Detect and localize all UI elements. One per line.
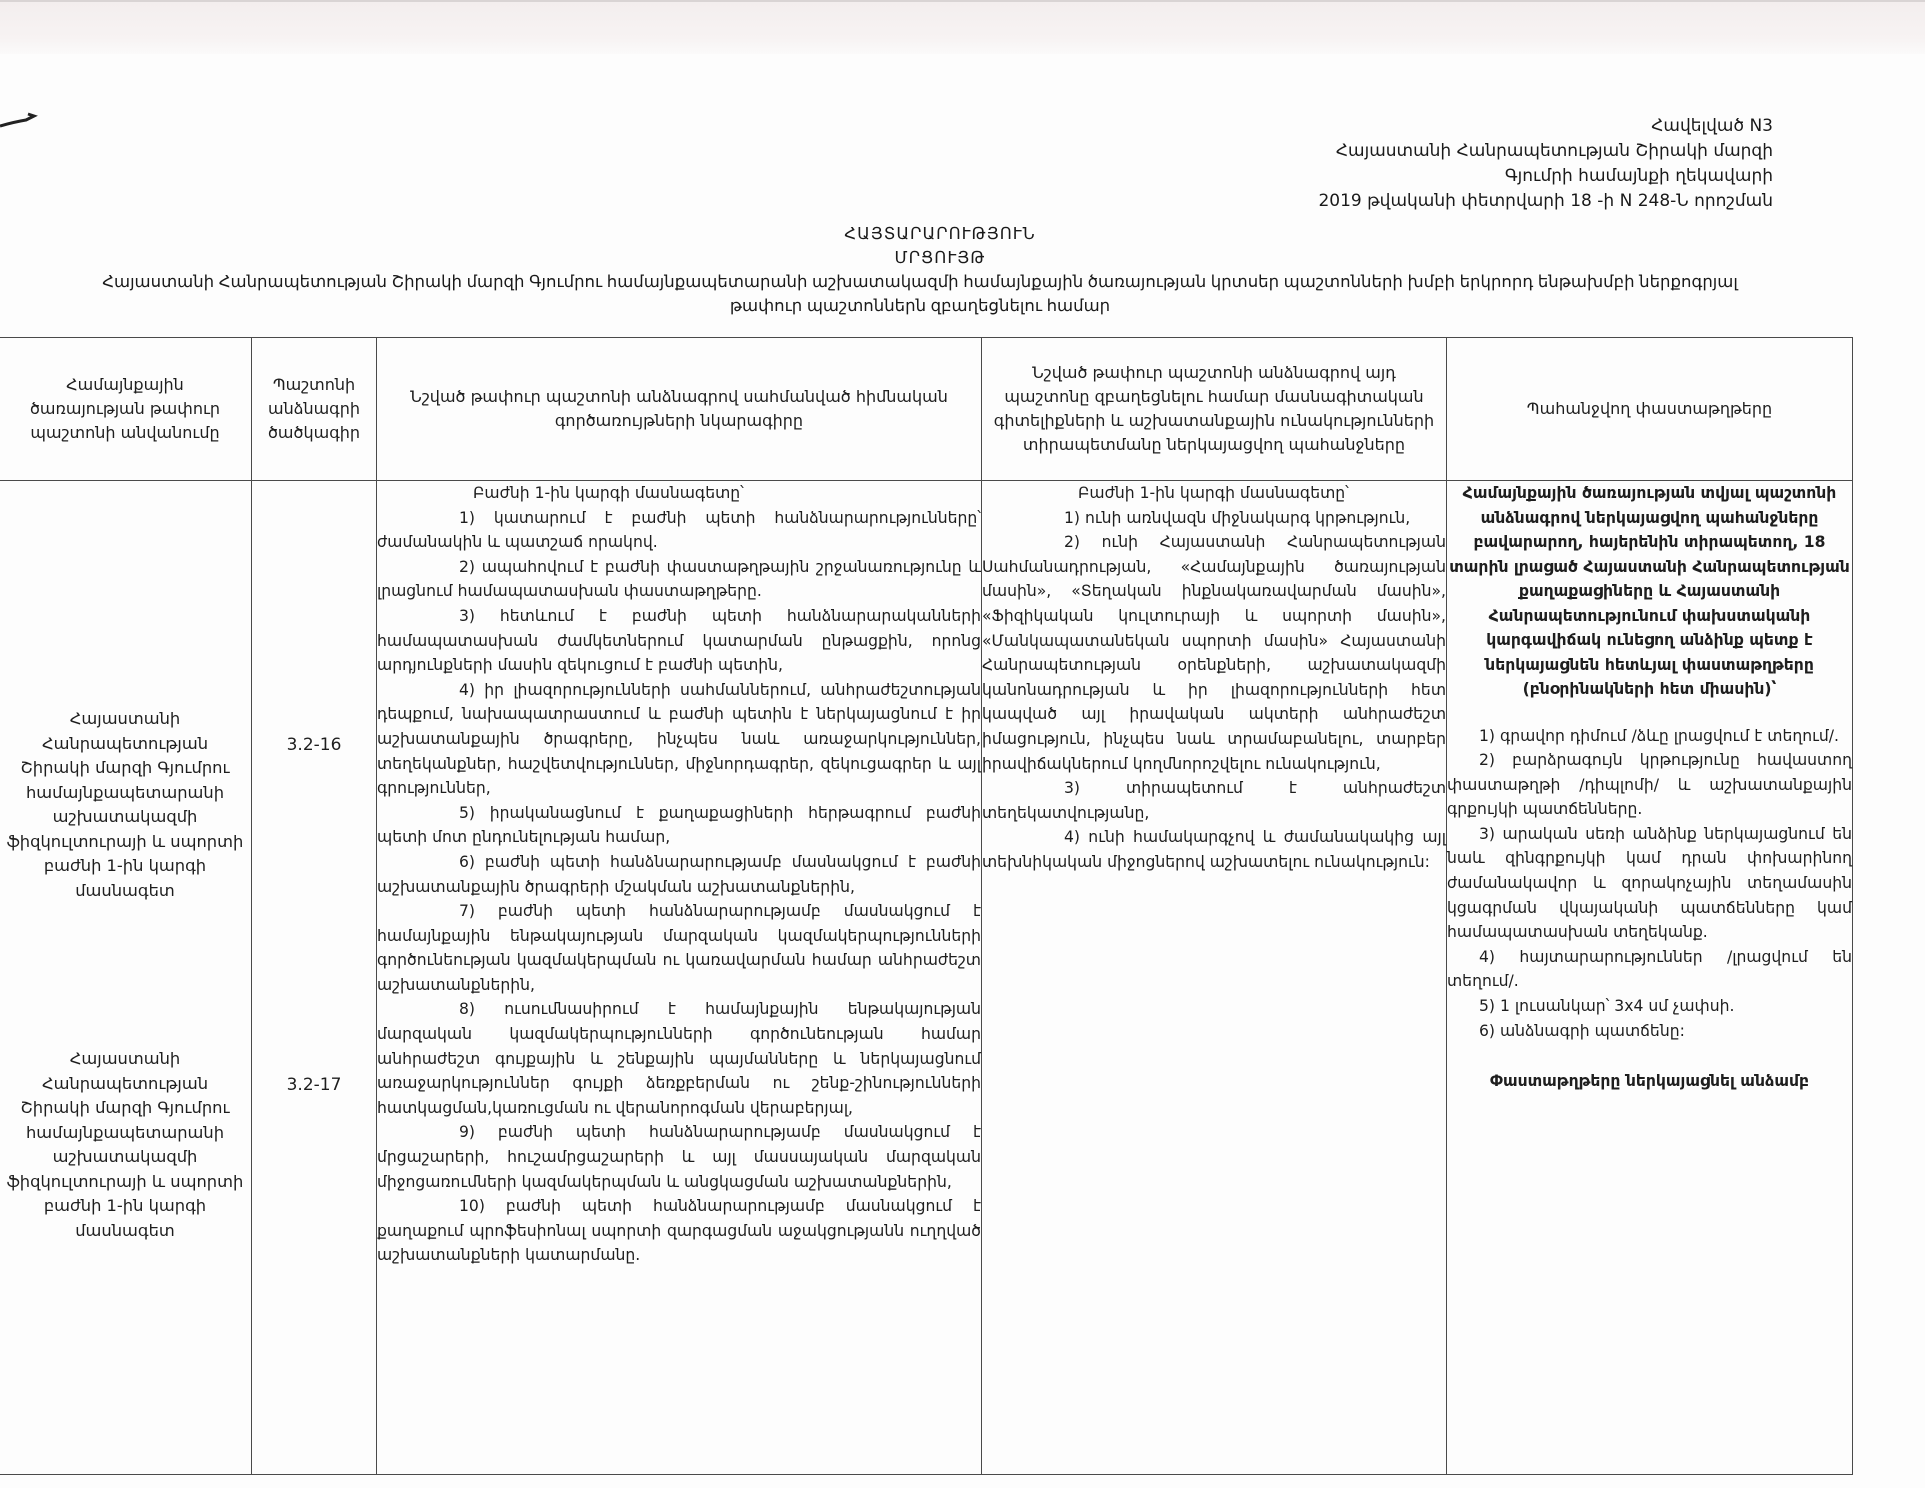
document-item: 3) արական սեռի անձինք ներկայացնում են նա… bbox=[1447, 822, 1852, 945]
header-passport-code: Պաշտոնի անձնագրի ծածկագիր bbox=[252, 338, 377, 481]
title-competition: ՄՐՑՈՒՅԹ bbox=[100, 246, 1780, 270]
position-name-1: ՀայաստանիՀանրապետությանՇիրակի մարզի Գյու… bbox=[0, 707, 251, 903]
annex-number: Հավելված N3 bbox=[1318, 114, 1773, 139]
position-name-line: ֆիզկուլտուրայի և սպորտի bbox=[3, 830, 247, 855]
requirement-item: 1) ունի առնվազն միջնակարգ կրթություն, bbox=[982, 506, 1446, 531]
position-code-2: 3.2-17 bbox=[252, 1073, 376, 1098]
document-item: 5) 1 լուսանկար՝ 3x4 սմ չափսի. bbox=[1447, 994, 1852, 1019]
document-item: 4) հայտարարություններ /լրացվում են տեղու… bbox=[1447, 945, 1852, 994]
function-item: 7) բաժնի պետի հանձնարարությամբ մասնակցու… bbox=[377, 899, 981, 997]
documents-intro: Համայնքային ծառայության տվյալ պաշտոնի ան… bbox=[1447, 481, 1852, 702]
function-item: 4) իր լիազորությունների սահմաններում, ան… bbox=[377, 678, 981, 801]
position-name-2: ՀայաստանիՀանրապետությանՇիրակի մարզի Գյու… bbox=[0, 1047, 251, 1243]
position-name-line: Հանրապետության bbox=[3, 732, 247, 757]
position-name-line: աշխատակազմի bbox=[3, 805, 247, 830]
function-item: 9) բաժնի պետի հանձնարարությամբ մասնակցու… bbox=[377, 1120, 981, 1194]
position-code-1: 3.2-16 bbox=[252, 733, 376, 758]
document-item: 1) գրավոր դիմում /ձևը լրացվում է տեղում/… bbox=[1447, 724, 1852, 749]
scan-top-edge bbox=[0, 0, 1925, 54]
function-item: 6) բաժնի պետի հանձնարարությամբ մասնակցու… bbox=[377, 850, 981, 899]
functions-list: 1) կատարում է բաժնի պետի հանձնարարությու… bbox=[377, 506, 981, 1268]
table-header-row: Համայնքային ծառայության թափուր պաշտոնի ա… bbox=[0, 338, 1853, 481]
annex-line-2: Գյումրի համայնքի ղեկավարի bbox=[1318, 164, 1773, 189]
function-item: 3) հետևում է բաժնի պետի հանձնարարականներ… bbox=[377, 604, 981, 678]
requirements-list: 1) ունի առնվազն միջնակարգ կրթություն,2) … bbox=[982, 506, 1446, 875]
function-item: 5) իրականացնում է քաղաքացիների հերթագրու… bbox=[377, 801, 981, 850]
function-item: 8) ուսումնասիրում է համայնքային ենթակայո… bbox=[377, 997, 981, 1120]
table-row: ՀայաստանիՀանրապետությանՇիրակի մարզի Գյու… bbox=[0, 481, 1853, 1475]
position-name-line: համայնքապետարանի bbox=[3, 781, 247, 806]
requirements-cell: Բաժնի 1-ին կարգի մասնագետը՝ 1) ունի առնվ… bbox=[982, 481, 1447, 1475]
document-item: 2) բարձրագույն կրթությունը հավաստող փաստ… bbox=[1447, 748, 1852, 822]
position-name-line: բաժնի 1-ին կարգի bbox=[3, 854, 247, 879]
position-name-line: մասնագետ bbox=[3, 1219, 247, 1244]
title-description-cont: թափուր պաշտոններն զբաղեցնելու համար bbox=[60, 294, 1780, 318]
position-name-line: համայնքապետարանի bbox=[3, 1121, 247, 1146]
document-title: ՀԱՅՏԱՐԱՐՈՒԹՅՈՒՆ ՄՐՑՈՒՅԹ Հայաստանի Հանրապ… bbox=[60, 222, 1780, 318]
vacancy-table: Համայնքային ծառայության թափուր պաշտոնի ա… bbox=[0, 337, 1853, 1475]
function-item: 2) ապահովում է բաժնի փաստաթղթային շրջանա… bbox=[377, 555, 981, 604]
position-name-line: ֆիզկուլտուրայի և սպորտի bbox=[3, 1170, 247, 1195]
annex-line-3: 2019 թվականի փետրվարի 18 -ի N 248-Ն որոշ… bbox=[1318, 189, 1773, 214]
position-name-line: մասնագետ bbox=[3, 879, 247, 904]
position-name-line: բաժնի 1-ին կարգի bbox=[3, 1194, 247, 1219]
requirement-item: 2) ունի Հայաստանի Հանրապետության Սահմանա… bbox=[982, 530, 1446, 776]
functions-lead: Բաժնի 1-ին կարգի մասնագետը՝ bbox=[377, 481, 981, 506]
header-documents: Պահանջվող փաստաթղթերը bbox=[1447, 338, 1853, 481]
requirement-item: 3) տիրապետում է անհրաժեշտ տեղեկատվության… bbox=[982, 776, 1446, 825]
position-names-cell: ՀայաստանիՀանրապետությանՇիրակի մարզի Գյու… bbox=[0, 481, 252, 1475]
title-announcement: ՀԱՅՏԱՐԱՐՈՒԹՅՈՒՆ bbox=[100, 222, 1780, 246]
function-item: 1) կատարում է բաժնի պետի հանձնարարությու… bbox=[377, 506, 981, 555]
position-name-line: աշխատակազմի bbox=[3, 1145, 247, 1170]
header-functions: Նշված թափուր պաշտոնի անձնագրով սահմանված… bbox=[377, 338, 982, 481]
function-item: 10) բաժնի պետի հանձնարարությամբ մասնակցո… bbox=[377, 1194, 981, 1268]
codes-cell: 3.2-16 3.2-17 bbox=[252, 481, 377, 1475]
position-name-line: Շիրակի մարզի Գյումրու bbox=[3, 756, 247, 781]
position-name-line: Շիրակի մարզի Գյումրու bbox=[3, 1096, 247, 1121]
documents-submission-note: Փաստաթղթերը ներկայացնել անձամբ bbox=[1447, 1069, 1852, 1094]
annex-header: Հավելված N3 Հայաստանի Հանրապետության Շիր… bbox=[1318, 114, 1773, 214]
documents-cell: Համայնքային ծառայության տվյալ պաշտոնի ան… bbox=[1447, 481, 1853, 1475]
pen-mark-icon bbox=[0, 108, 40, 128]
functions-cell: Բաժնի 1-ին կարգի մասնագետը՝ 1) կատարում … bbox=[377, 481, 982, 1475]
requirements-lead: Բաժնի 1-ին կարգի մասնագետը՝ bbox=[982, 481, 1446, 506]
documents-list: 1) գրավոր դիմում /ձևը լրացվում է տեղում/… bbox=[1447, 724, 1852, 1044]
position-name-line: Հայաստանի bbox=[3, 1047, 247, 1072]
title-description: Հայաստանի Հանրապետության Շիրակի մարզի Գյ… bbox=[60, 270, 1780, 294]
position-name-line: Հայաստանի bbox=[3, 707, 247, 732]
position-name-line: Հանրապետության bbox=[3, 1072, 247, 1097]
header-requirements: Նշված թափուր պաշտոնի անձնագրով այդ պաշտո… bbox=[982, 338, 1447, 481]
document-item: 6) անձնագրի պատճենը: bbox=[1447, 1019, 1852, 1044]
header-position-name: Համայնքային ծառայության թափուր պաշտոնի ա… bbox=[0, 338, 252, 481]
requirement-item: 4) ունի համակարգչով և ժամանակակից այլ տե… bbox=[982, 825, 1446, 874]
annex-line-1: Հայաստանի Հանրապետության Շիրակի մարզի bbox=[1318, 139, 1773, 164]
